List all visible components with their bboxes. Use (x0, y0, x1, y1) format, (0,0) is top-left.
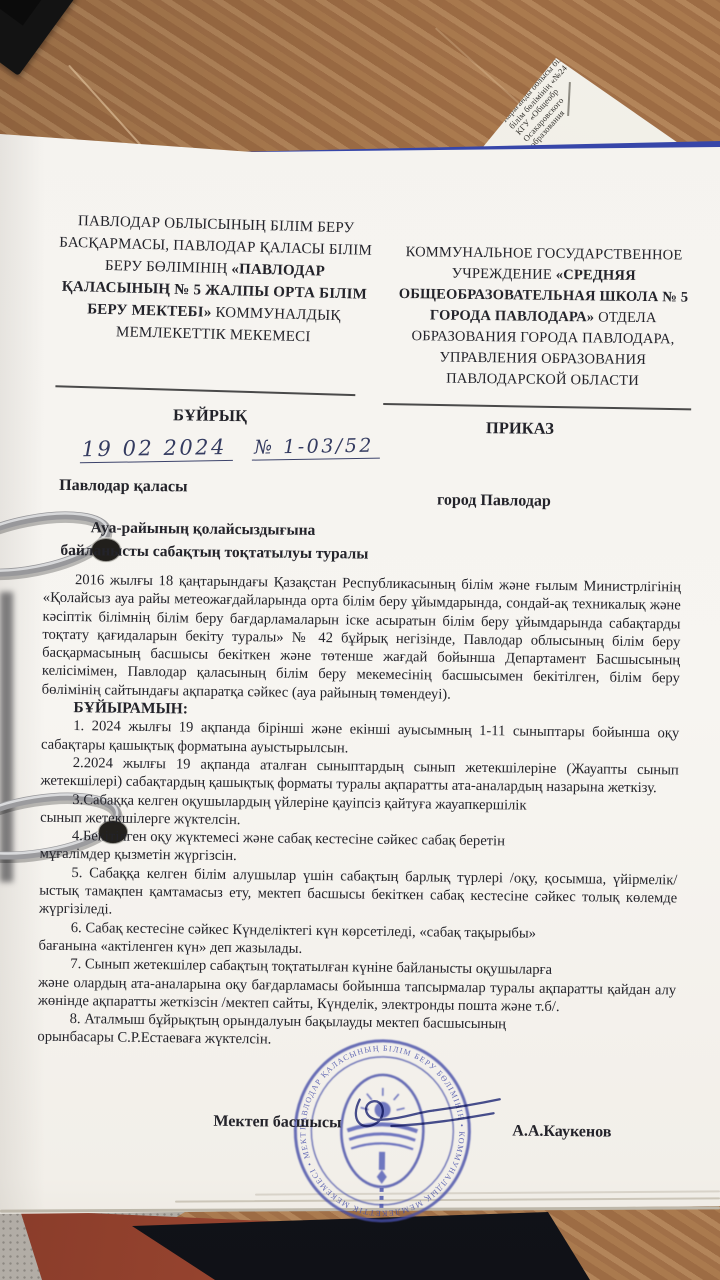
order-title-russian: ПРИКАЗ (430, 417, 610, 439)
letterhead-divider-left (55, 385, 355, 395)
issue-city-russian: город Павлодар (437, 491, 551, 510)
order-item-7: 7. Сынып жетекшілер сабақтың тоқтатылған… (38, 955, 677, 1018)
photo-of-school-order-document: Карағанды облысы біл білім бөлімінің «№2… (0, 0, 720, 1280)
letterhead-kazakh: ПАВЛОДАР ОБЛЫСЫНЫҢ БІЛІМ БЕРУ БАСҚАРМАСЫ… (52, 210, 377, 350)
handwritten-date: 19 02 2024 (80, 435, 234, 463)
order-subject: Ауа-райының қолайсыздығына байланысты са… (60, 516, 481, 567)
seal-dots (379, 1188, 383, 1208)
issue-city-kazakh: Павлодар қаласы (59, 477, 188, 497)
letterhead-divider-right (383, 403, 691, 410)
order-preamble: 2016 жылғы 18 қаңтарындағы Қазақстан Рес… (42, 571, 682, 707)
letterhead-ru-authority: УПРАВЛЕНИЯ ОБРАЗОВАНИЯ ПАВЛОДАРСКОЙ ОБЛА… (439, 350, 646, 389)
document-content: ПАВЛОДАР ОБЛЫСЫНЫҢ БІЛІМ БЕРУ БАСҚАРМАСЫ… (0, 0, 720, 1280)
pen-signature (321, 1085, 532, 1148)
handwritten-order-number: № 1-03/52 (252, 435, 380, 461)
order-body: 2016 жылғы 18 қаңтарындағы Қазақстан Рес… (37, 571, 681, 1054)
order-item-5: 5. Сабаққа келген білім алушылар үшін са… (39, 863, 678, 926)
handwritten-date-and-number: 19 02 2024 № 1-03/52 (80, 433, 381, 462)
letterhead-russian: КОММУНАЛЬНОЕ ГОСУДАРСТВЕННОЕ УЧРЕЖДЕНИЕ … (385, 242, 701, 393)
order-title-kazakh: БҰЙРЫҚ (120, 405, 300, 427)
letterhead-ru-institution-type: КОММУНАЛЬНОЕ ГОСУДАРСТВЕННОЕ УЧРЕЖДЕНИЕ (406, 244, 683, 283)
letterhead-kk-authority: ПАВЛОДАР ОБЛЫСЫНЫҢ БІЛІМ БЕРУ БАСҚАРМАСЫ… (59, 213, 372, 277)
